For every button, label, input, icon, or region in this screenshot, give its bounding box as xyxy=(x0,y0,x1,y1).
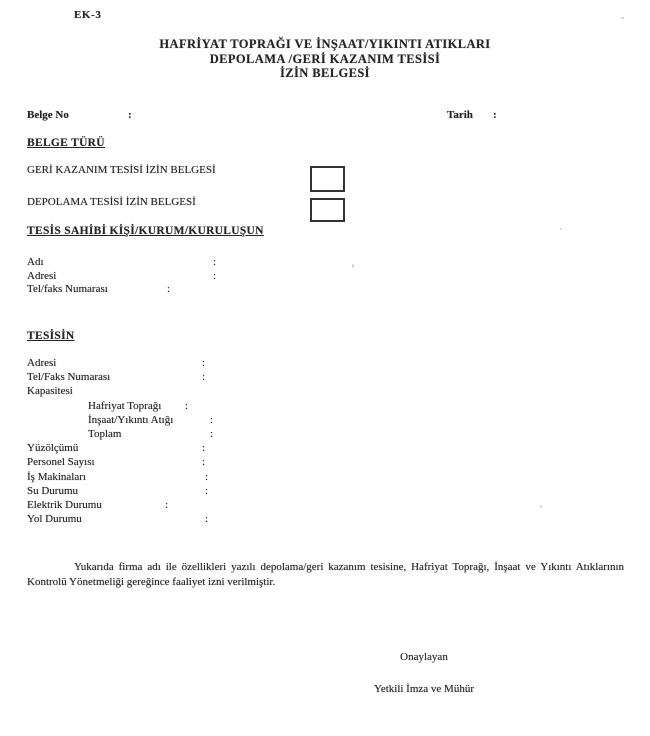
field-value xyxy=(216,270,224,284)
field-row-insaat-yikinti-atigi: İnşaat/Yıkıntı Atığı: xyxy=(27,413,221,427)
field-label: Yüzölçümü xyxy=(27,441,202,455)
field-value xyxy=(208,470,216,484)
tesis-sahibi-fields: Adı: Adresi: Tel/faks Numarası: xyxy=(27,256,224,297)
scan-noise xyxy=(621,17,624,19)
tarih-value xyxy=(497,109,505,121)
geri-kazanim-checkbox xyxy=(310,166,345,192)
permit-statement: Yukarıda firma adı ile özellikleri yazıl… xyxy=(27,560,624,590)
field-label: Kapasitesi xyxy=(27,384,202,398)
field-value xyxy=(205,441,213,455)
section-heading-tesis-sahibi: TESİS SAHİBİ KİŞİ/KURUM/KURULUŞUN xyxy=(27,225,264,237)
belge-no-value xyxy=(132,109,140,121)
field-value xyxy=(213,427,221,441)
field-value xyxy=(213,413,221,427)
field-value xyxy=(168,498,176,512)
field-label: Toplam xyxy=(88,427,210,441)
field-value xyxy=(205,356,213,370)
title-line-1: HAFRİYAT TOPRAĞI VE İNŞAAT/YIKINTI ATIKL… xyxy=(0,37,650,52)
field-row-yuzolcumu: Yüzölçümü: xyxy=(27,441,221,455)
field-row-tel-faks: Tel/Faks Numarası: xyxy=(27,370,221,384)
field-label: Su Durumu xyxy=(27,484,205,498)
field-row-adresi: Adresi: xyxy=(27,356,221,370)
option-label-depolama: DEPOLAMA TESİSİ İZİN BELGESİ xyxy=(27,196,196,208)
field-value xyxy=(205,455,213,469)
field-row-su-durumu: Su Durumu: xyxy=(27,484,221,498)
tesisin-fields: Adresi: Tel/Faks Numarası: Kapasitesi Ha… xyxy=(27,356,221,526)
field-label: Adresi xyxy=(27,356,202,370)
field-row-elektrik-durumu: Elektrik Durumu: xyxy=(27,498,221,512)
field-row-yol-durumu: Yol Durumu: xyxy=(27,512,221,526)
belge-no-field: Belge No: xyxy=(27,109,140,121)
field-value xyxy=(216,256,224,270)
field-label: Hafriyat Toprağı xyxy=(88,399,185,413)
field-value xyxy=(202,384,210,398)
field-row-toplam: Toplam: xyxy=(27,427,221,441)
field-row-adresi: Adresi: xyxy=(27,270,224,284)
annex-label: EK-3 xyxy=(74,9,101,21)
depolama-checkbox xyxy=(310,198,345,222)
field-label: Tel/Faks Numarası xyxy=(27,370,202,384)
option-label-geri-kazanim: GERİ KAZANIM TESİSİ İZİN BELGESİ xyxy=(27,164,216,176)
field-label: Personel Sayısı xyxy=(27,455,202,469)
field-label: İnşaat/Yıkıntı Atığı xyxy=(88,413,210,427)
meta-row: Belge No: Tarih: xyxy=(27,109,630,121)
scan-noise xyxy=(352,264,354,268)
field-label: Tel/faks Numarası xyxy=(27,283,167,297)
field-label: Yol Durumu xyxy=(27,512,205,526)
field-value xyxy=(208,484,216,498)
section-heading-tesisin: TESİSİN xyxy=(27,330,75,342)
scan-noise xyxy=(560,228,562,230)
tarih-label: Tarih xyxy=(447,109,493,121)
approver-title: Onaylayan xyxy=(340,651,508,663)
field-value xyxy=(208,512,216,526)
field-row-tel-faks: Tel/faks Numarası: xyxy=(27,283,224,297)
field-label: Adı xyxy=(27,256,213,270)
field-row-is-makinalari: İş Makinaları: xyxy=(27,470,221,484)
field-label: Elektrik Durumu xyxy=(27,498,165,512)
field-value xyxy=(170,283,178,297)
field-value xyxy=(205,370,213,384)
field-label: Adresi xyxy=(27,270,213,284)
title-line-3: İZİN BELGESİ xyxy=(0,66,650,81)
field-row-hafriyat-topragi: Hafriyat Toprağı: xyxy=(27,399,221,413)
document-title: HAFRİYAT TOPRAĞI VE İNŞAAT/YIKINTI ATIKL… xyxy=(0,37,650,81)
belge-no-label: Belge No xyxy=(27,109,128,121)
field-row-kapasitesi: Kapasitesi xyxy=(27,384,221,398)
scan-noise xyxy=(540,505,542,508)
tarih-field: Tarih: xyxy=(447,109,505,121)
title-line-2: DEPOLAMA /GERİ KAZANIM TESİSİ xyxy=(0,52,650,67)
section-heading-belge-turu: BELGE TÜRÜ xyxy=(27,137,105,149)
field-row-adi: Adı: xyxy=(27,256,224,270)
field-label: İş Makinaları xyxy=(27,470,205,484)
field-value xyxy=(188,399,196,413)
scanned-form-page: EK-3 HAFRİYAT TOPRAĞI VE İNŞAAT/YIKINTI … xyxy=(0,0,650,736)
field-row-personel-sayisi: Personel Sayısı: xyxy=(27,455,221,469)
signature-caption: Yetkili İmza ve Mühür xyxy=(340,683,508,695)
